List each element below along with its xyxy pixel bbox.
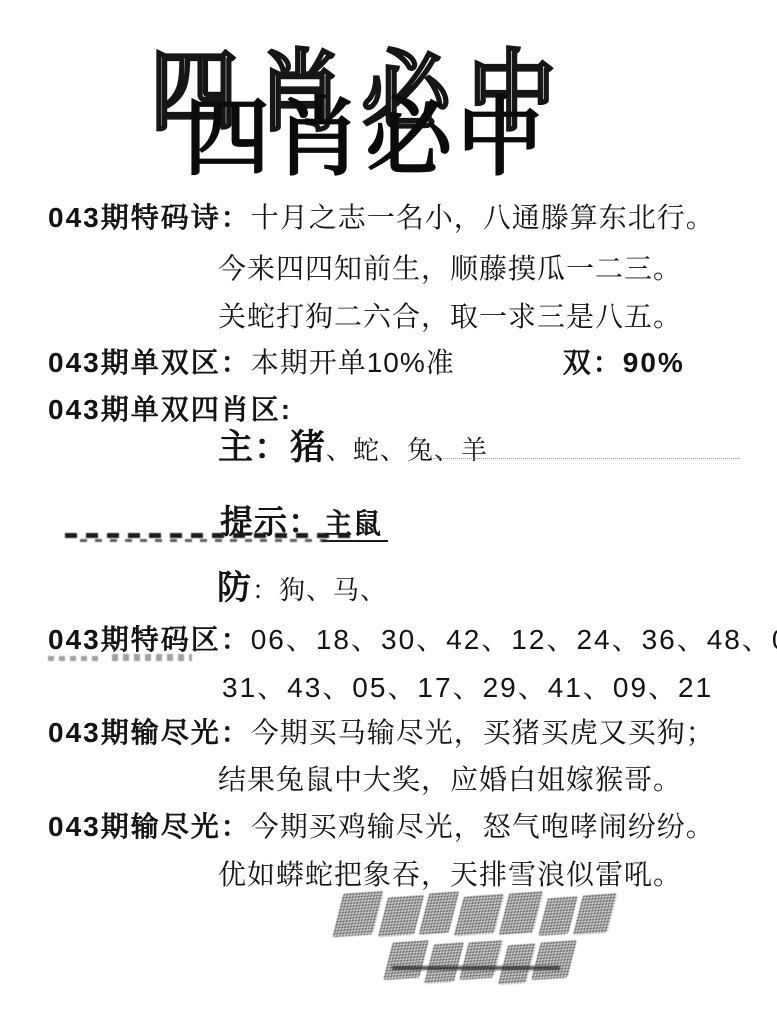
losing-verse-2-text-2: 优如蟒蛇把象吞，天排雪浪似雷吼。 [218,859,682,890]
smudge-blob [538,896,578,936]
obscured-text-smudge-1 [338,892,612,936]
smudge-blob [383,940,429,980]
losing-verse-2-line-2: 优如蟒蛇把象吞，天排雪浪似雷吼。 [218,853,682,893]
losing-verse-1-text-1: 今期买马输尽光，买猪买虎又买狗； [251,717,715,748]
losing-verse-1-label: 043期输尽光： [48,717,251,748]
obscured-dash-smudge [65,533,355,538]
zodiac-main-primary: 猪 [290,428,326,467]
smudge-blob [459,940,503,980]
losing-verse-1-text-2: 结果兔鼠中大奖，应婚白姐嫁猴哥。 [218,764,682,795]
zodiac-guard-colon: ： [252,575,279,605]
special-numbers-row-2: 31、43、05、17、29、41、09、21 [222,666,713,706]
special-numbers-row-1: 043期特码区：06、18、30、42、12、24、36、48、07、19、 [48,618,777,658]
obscured-text-smudge-2 [388,941,572,984]
odd-even-label: 043期单双区： [48,347,251,378]
zodiac-main-label: 主： [218,428,290,467]
poem-line-3: 关蛇打狗二六合，取一求三是八五。 [218,295,682,335]
poem-verse-2: 今来四四知前生，顺藤摸瓜一二三。 [218,253,682,284]
losing-verse-2-label: 043期输尽光： [48,811,251,842]
dotted-underline [428,444,740,459]
smudge-blob [378,895,425,937]
small-smudge-2 [112,654,192,661]
special-numbers-label: 043期特码区： [48,624,251,655]
odd-even-odd-text: 本期开单10%准 [251,347,455,378]
special-numbers-line-1: 06、18、30、42、12、24、36、48、07、19、 [251,624,777,655]
smudge-strike-bar [392,966,560,970]
smudge-blob [418,891,459,935]
poem-verse-3: 关蛇打狗二六合，取一求三是八五。 [218,301,682,332]
lottery-tip-sheet: 四肖必中 四肖必中 043期特码诗：十月之志一名小，八通滕算东北行。 今来四四知… [0,0,777,1024]
losing-verse-1-line-2: 结果兔鼠中大奖，应婚白姐嫁猴哥。 [218,758,682,798]
smudge-blob [498,891,543,935]
zodiac-guard-row: 防：狗、马、 [217,560,387,609]
page-title-solid-layer: 四肖必中 [184,68,548,192]
special-numbers-line-2: 31、43、05、17、29、41、09、21 [222,672,713,703]
obscured-dash-smudge-2 [80,539,330,542]
smudge-blob [531,940,577,980]
poem-line-2: 今来四四知前生，顺藤摸瓜一二三。 [218,247,682,287]
odd-even-row: 043期单双区：本期开单10%准双：90% [48,341,685,381]
smudge-blob [332,891,384,938]
zodiac-guard-label: 防 [217,569,252,607]
small-smudge-1 [48,656,98,661]
odd-even-even-text: 双：90% [563,347,685,378]
losing-verse-1-line-1: 043期输尽光：今期买马输尽光，买猪买虎又买狗； [48,711,715,751]
zodiac-guard-value: 狗、马、 [279,575,387,605]
losing-verse-2-text-1: 今期买鸡输尽光，怒气咆哮闹纷纷。 [251,811,715,842]
poem-line-1: 043期特码诗：十月之志一名小，八通滕算东北行。 [48,196,715,236]
smudge-blob [454,894,505,937]
page-title: 四肖必中 四肖必中 [140,22,610,162]
poem-verse-1: 十月之志一名小，八通滕算东北行。 [251,202,715,233]
poem-label: 043期特码诗： [48,202,251,233]
losing-verse-2-line-1: 043期输尽光：今期买鸡输尽光，怒气咆哮闹纷纷。 [48,805,715,845]
smudge-blob [573,893,618,935]
